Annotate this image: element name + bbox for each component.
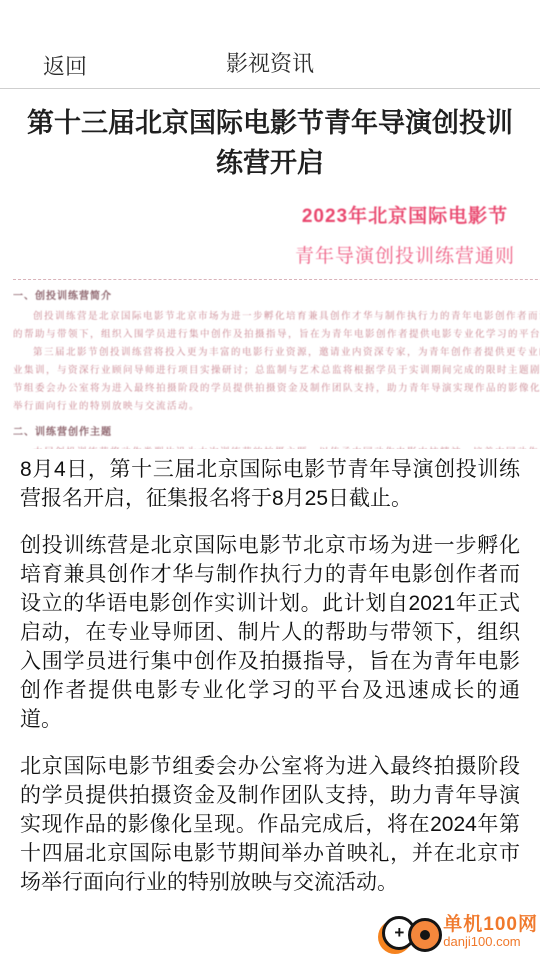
doc-image-title-line2: 青年导演创投训练营通则 bbox=[295, 241, 515, 268]
watermark-site-name: 单机100网 bbox=[443, 915, 538, 935]
danji100-logo-icon: + bbox=[378, 908, 440, 956]
back-button[interactable]: 返回 bbox=[43, 50, 87, 81]
status-bar-space bbox=[0, 0, 540, 40]
watermark-site-url: danji100.com bbox=[443, 935, 538, 949]
watermark-logo: + 单机100网 danji100.com bbox=[378, 908, 538, 956]
doc-image-divider bbox=[13, 279, 540, 280]
doc-text-line: 业集训，与资深行业顾问导师进行项目实操研讨；总监制与艺术总监将根据学员于实训期间… bbox=[13, 362, 540, 380]
logo-zero-dot bbox=[420, 930, 430, 940]
doc-text-line: 本届创投训练营将动作类型片设为本次训练营的拍摄主题，以传承中国动作电影内核精神，… bbox=[13, 444, 540, 449]
watermark-text: 单机100网 danji100.com bbox=[443, 915, 538, 949]
logo-zero-icon bbox=[408, 918, 442, 952]
doc-section1-heading: 一、创投训练营简介 bbox=[13, 287, 540, 302]
doc-section2-heading: 二、训练营创作主题 bbox=[13, 423, 540, 438]
article-paragraph: 创投训练营是北京国际电影节北京市场为进一步孵化培育兼具创作才华与制作执行力的青年… bbox=[20, 531, 520, 734]
article-paragraph: 北京国际电影节组委会办公室将为进入最终拍摄阶段的学员提供拍摄资金及制作团队支持，… bbox=[20, 752, 520, 897]
doc-image-title-line1: 2023年北京国际电影节 bbox=[302, 191, 508, 228]
doc-text-line: 节组委会办公室将为进入最终拍摄阶段的学员提供拍摄资金及制作团队支持，助力青年导演… bbox=[13, 380, 540, 398]
article-image: 2023年北京国际电影节 青年导演创投训练营通则 一、创投训练营简介 创投训练营… bbox=[13, 191, 540, 449]
article-title: 第十三届北京国际电影节青年导演创投训练营开启 bbox=[0, 103, 540, 183]
article-paragraph: 8月4日，第十三届北京国际电影节青年导演创投训练营报名开启，征集报名将于8月25… bbox=[20, 455, 520, 513]
doc-text-line: 创投训练营是北京国际电影节北京市场为进一步孵化培育兼具创作才华与制作执行力的青年… bbox=[13, 308, 540, 326]
header-bar: 返回 影视资讯 bbox=[0, 40, 540, 89]
doc-text-line: 的帮助与带领下，组织入围学员进行集中创作及拍摄指导，旨在为青年电影创作者提供电影… bbox=[13, 326, 540, 344]
doc-text-line: 第三届北影节创投训练营将投入更为丰富的电影行业资源，邀请业内资深专家，为青年创作… bbox=[13, 344, 540, 362]
article-body: 8月4日，第十三届北京国际电影节青年导演创投训练营报名开启，征集报名将于8月25… bbox=[0, 449, 540, 897]
doc-text-line: 举行面向行业的特别放映与交流活动。 bbox=[13, 398, 540, 416]
